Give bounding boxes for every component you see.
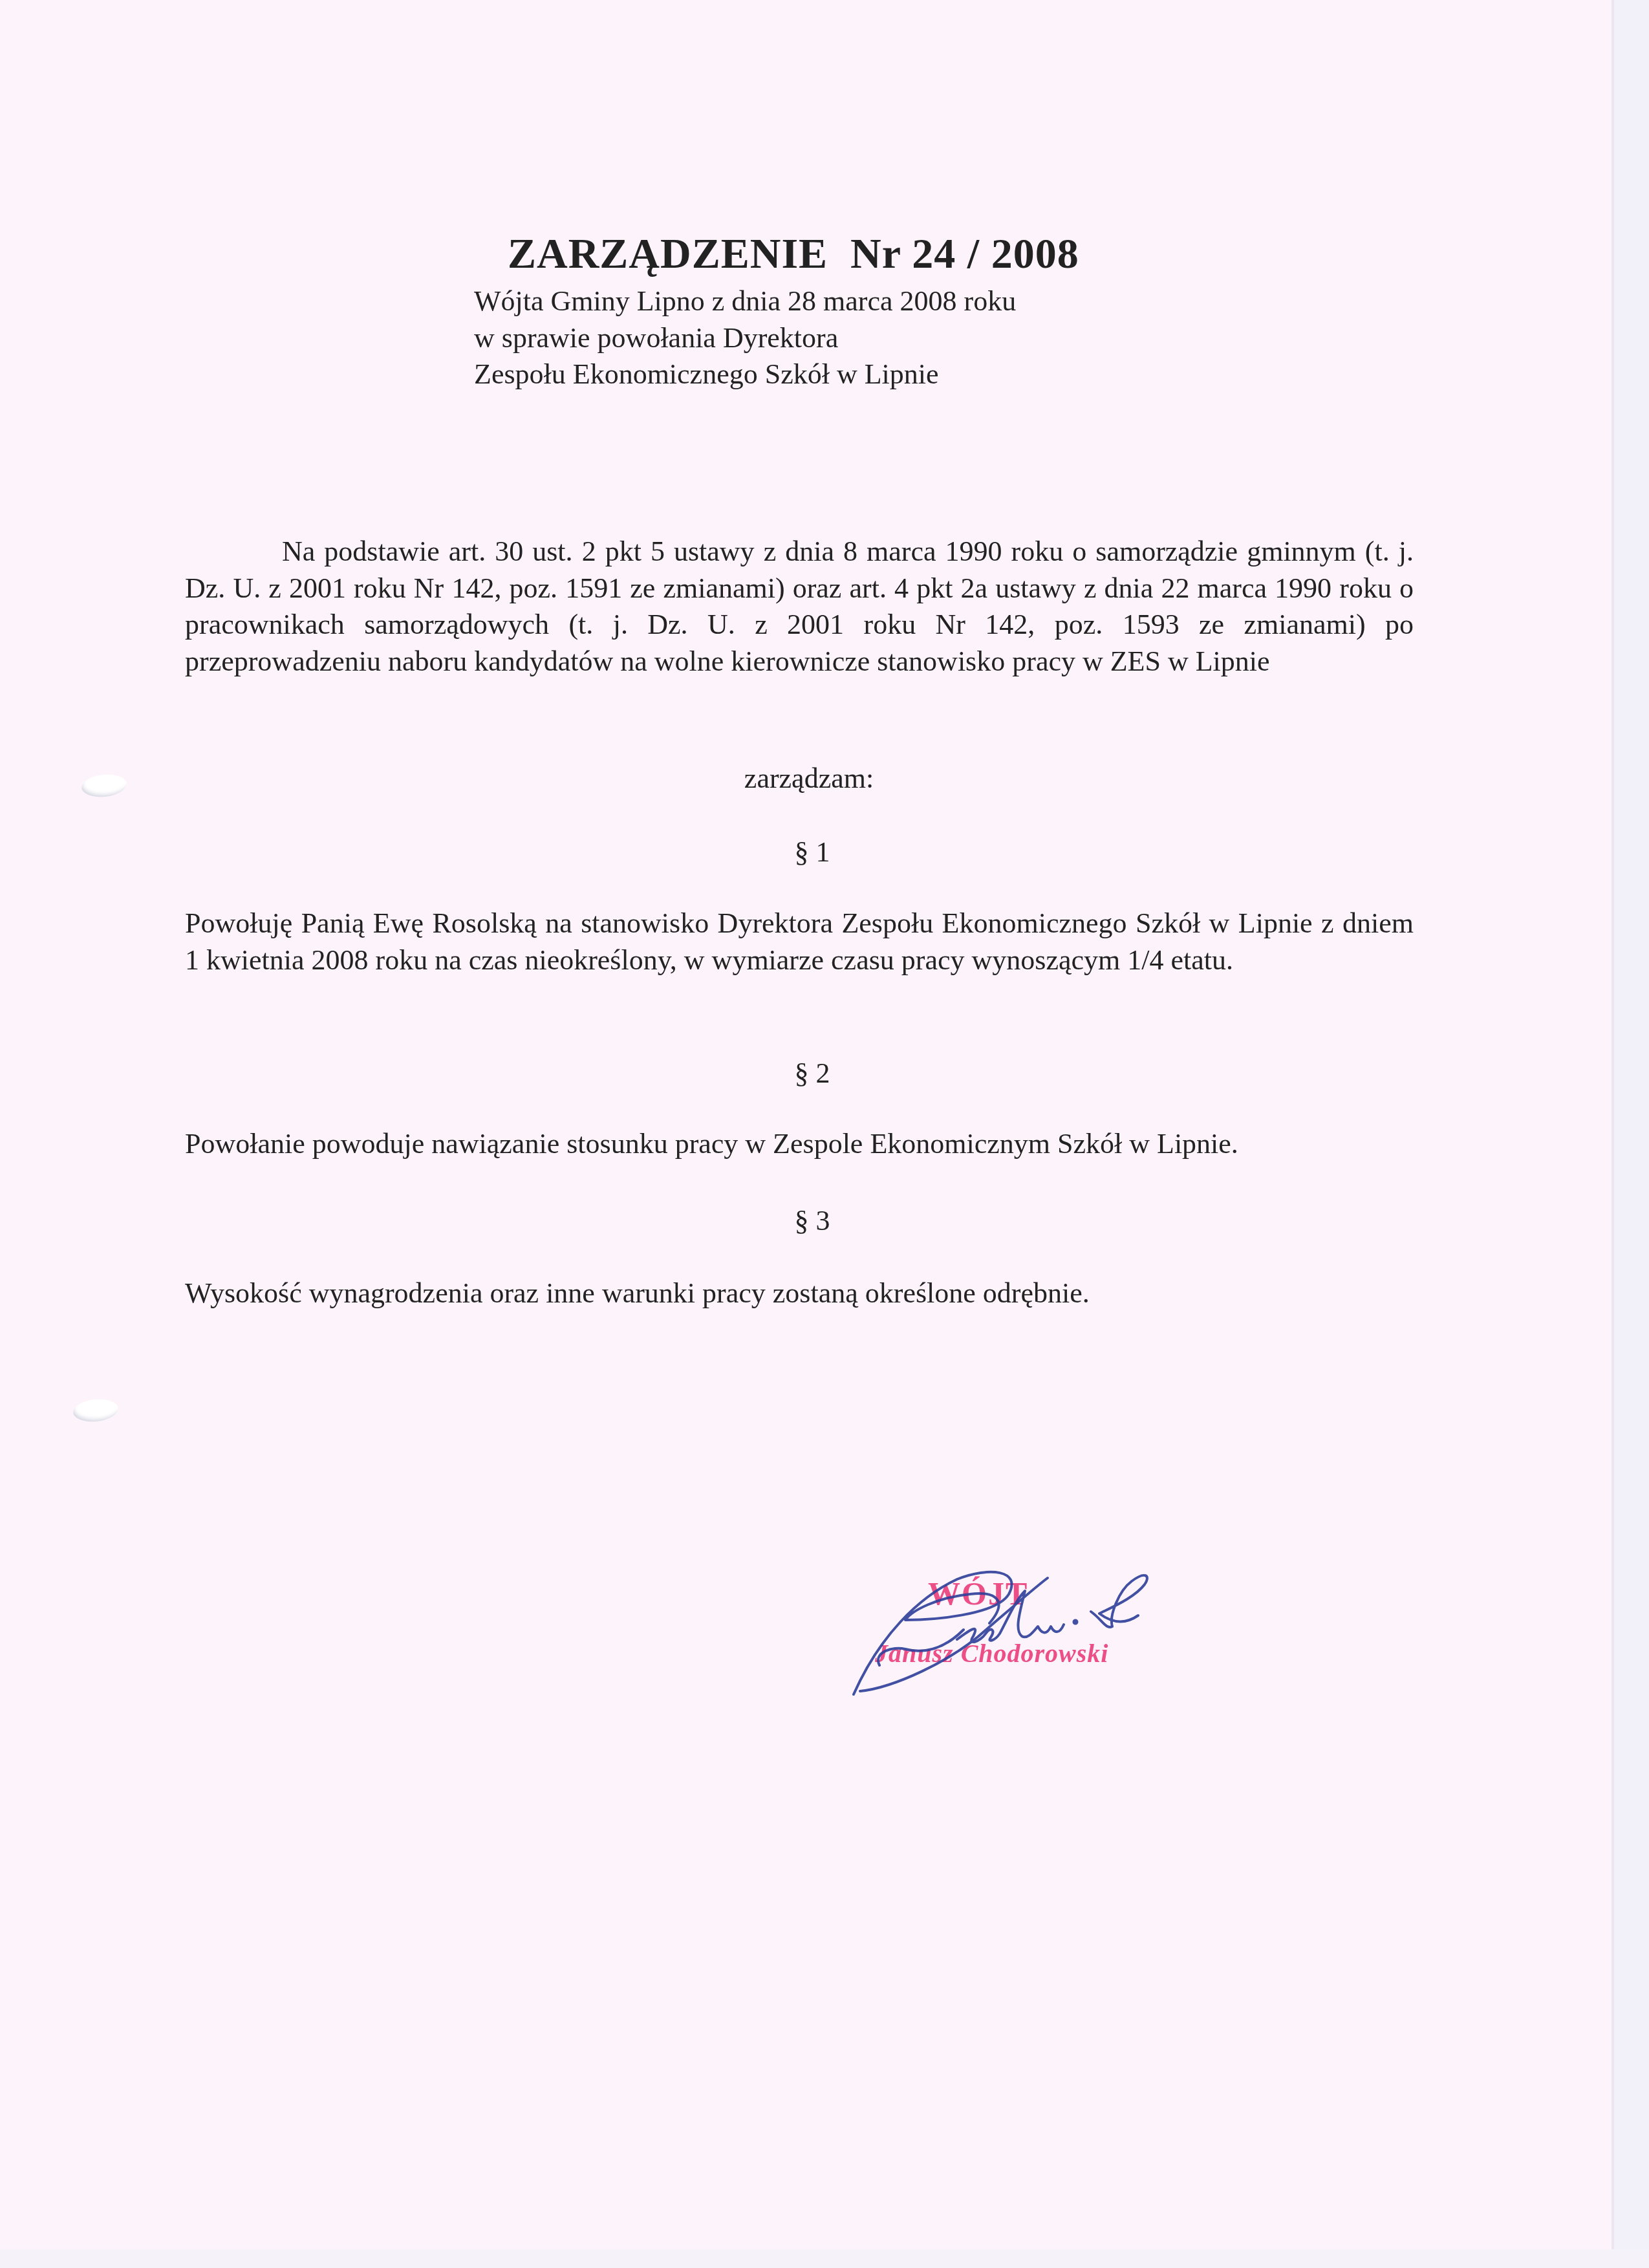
scanned-page: ZARZĄDZENIE Nr 24 / 2008 Wójta Gminy Lip… xyxy=(0,0,1614,2249)
document-title: ZARZĄDZENIE Nr 24 / 2008 xyxy=(508,230,1079,279)
section-text: Powołuję Panią Ewę Rosolską na stanowisk… xyxy=(185,905,1414,978)
decree-word: zarządzam: xyxy=(3,762,1615,795)
handwritten-signature-icon xyxy=(841,1539,1358,1720)
section-mark: § 3 xyxy=(6,1204,1618,1237)
signature-block: WÓJT Janusz Chodorowski xyxy=(841,1539,1358,1720)
legal-basis-paragraph: Na podstawie art. 30 ust. 2 pkt 5 ustawy… xyxy=(185,534,1414,680)
subtitle-line: Wójta Gminy Lipno z dnia 28 marca 2008 r… xyxy=(474,285,1016,318)
punch-hole xyxy=(72,1397,119,1423)
subtitle-line: w sprawie powołania Dyrektora xyxy=(474,321,838,354)
section-text: Wysokość wynagrodzenia oraz inne warunki… xyxy=(185,1275,1414,1312)
section-mark: § 1 xyxy=(6,836,1618,869)
section-text: Powołanie powoduje nawiązanie stosunku p… xyxy=(185,1126,1414,1163)
scan-bottom-edge xyxy=(0,2249,1649,2268)
subtitle-line: Zespołu Ekonomicznego Szkół w Lipnie xyxy=(474,358,939,391)
section-mark: § 2 xyxy=(6,1057,1618,1090)
